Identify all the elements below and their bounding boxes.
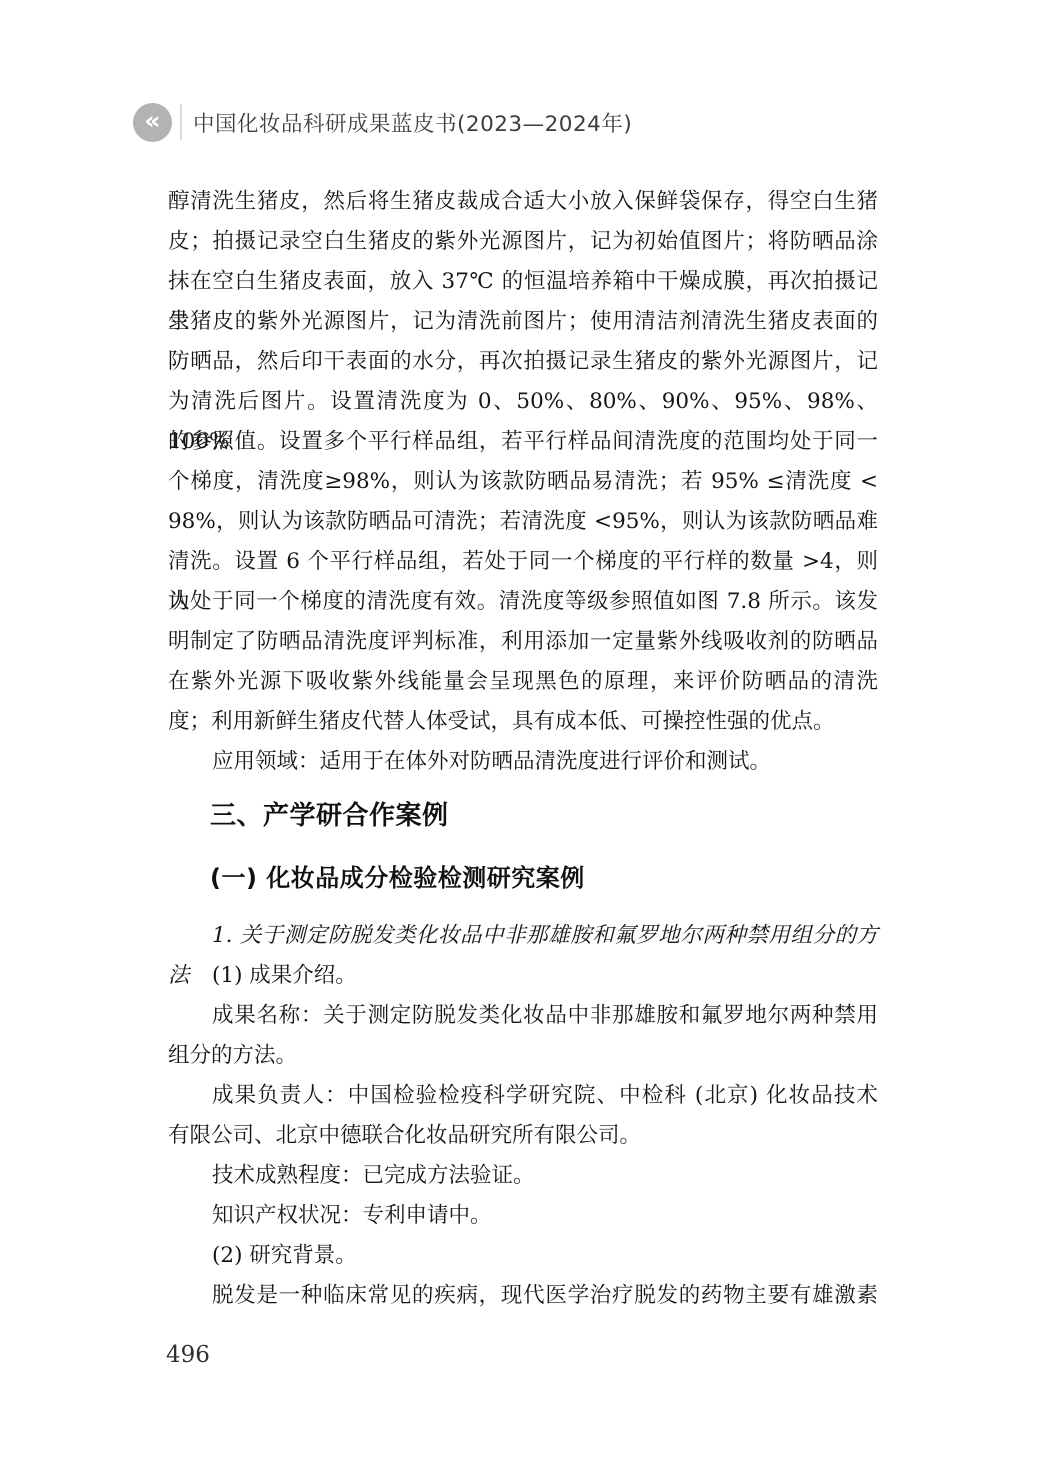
main-text: 醇清洗生猪皮，然后将生猪皮裁成合适大小放入保鲜袋保存，得空白生猪 皮；拍摄记录空… bbox=[168, 182, 878, 1316]
text-line: (2) 研究背景。 bbox=[168, 1236, 878, 1276]
text-line: 抹在空白生猪皮表面，放入 37℃ 的恒温培养箱中干燥成膜，再次拍摄记录 bbox=[168, 262, 878, 302]
text-line: 脱发是一种临床常见的疾病，现代医学治疗脱发的药物主要有雄激素 bbox=[168, 1276, 878, 1316]
text-line: 在紫外光源下吸收紫外线能量会呈现黑色的原理，来评价防晒品的清洗 bbox=[168, 662, 878, 702]
paragraph-sunscreen-method: 醇清洗生猪皮，然后将生猪皮裁成合适大小放入保鲜袋保存，得空白生猪 皮；拍摄记录空… bbox=[168, 182, 878, 742]
header-divider bbox=[180, 104, 182, 140]
text-line: 为清洗后图片。设置清洗度为 0、50%、80%、90%、95%、98%、100% bbox=[168, 382, 878, 422]
text-line: 成果负责人：中国检验检疫科学研究院、中检科 (北京) 化妆品技术 bbox=[168, 1076, 878, 1116]
text-line: 知识产权状况：专利申请中。 bbox=[168, 1196, 878, 1236]
section-heading: 三、产学研合作案例 bbox=[168, 796, 878, 836]
text-line: 明制定了防晒品清洗度评判标准，利用添加一定量紫外线吸收剂的防晒品 bbox=[168, 622, 878, 662]
page-container: « 中国化妆品科研成果蓝皮书(2023—2024年) 醇清洗生猪皮，然后将生猪皮… bbox=[0, 0, 1045, 1458]
text-line: 的参照值。设置多个平行样品组，若平行样品间清洗度的范围均处于同一 bbox=[168, 422, 878, 462]
page-number: 496 bbox=[166, 1342, 210, 1368]
text-line: (1) 成果介绍。 bbox=[168, 956, 878, 996]
text-line: 个梯度，清洗度≥98%，则认为该款防晒品易清洗；若 95% ≤清洗度 < bbox=[168, 462, 878, 502]
book-title: 中国化妆品科研成果蓝皮书(2023—2024年) bbox=[193, 107, 632, 138]
application-field-line: 应用领域：适用于在体外对防晒品清洗度进行评价和测试。 bbox=[168, 742, 878, 782]
text-line: 技术成熟程度：已完成方法验证。 bbox=[168, 1156, 878, 1196]
text-line: 清洗。设置 6 个平行样品组，若处于同一个梯度的平行样的数量 >4，则认 bbox=[168, 542, 878, 582]
text-line: 成果名称：关于测定防脱发类化妆品中非那雄胺和氟罗地尔两种禁用 bbox=[168, 996, 878, 1036]
text-line: 皮；拍摄记录空白生猪皮的紫外光源图片，记为初始值图片；将防晒品涂 bbox=[168, 222, 878, 262]
subsection-heading: (一) 化妆品成分检验检测研究案例 bbox=[168, 858, 878, 898]
text-line: 为处于同一个梯度的清洗度有效。清洗度等级参照值如图 7.8 所示。该发 bbox=[168, 582, 878, 622]
text-line: 醇清洗生猪皮，然后将生猪皮裁成合适大小放入保鲜袋保存，得空白生猪 bbox=[168, 182, 878, 222]
case-study-block: 1. 关于测定防脱发类化妆品中非那雄胺和氟罗地尔两种禁用组分的方法 (1) 成果… bbox=[168, 916, 878, 1316]
text-line: 98%，则认为该款防晒品可清洗；若清洗度 <95%，则认为该款防晒品难 bbox=[168, 502, 878, 542]
reader-header: « 中国化妆品科研成果蓝皮书(2023—2024年) bbox=[133, 101, 632, 143]
back-icon[interactable]: « bbox=[133, 103, 172, 142]
text-line: 生猪皮的紫外光源图片，记为清洗前图片；使用清洁剂清洗生猪皮表面的 bbox=[168, 302, 878, 342]
case-title-line: 1. 关于测定防脱发类化妆品中非那雄胺和氟罗地尔两种禁用组分的方法 bbox=[168, 916, 878, 956]
text-line: 组分的方法。 bbox=[168, 1036, 878, 1076]
text-line: 有限公司、北京中德联合化妆品研究所有限公司。 bbox=[168, 1116, 878, 1156]
text-line: 度；利用新鲜生猪皮代替人体受试，具有成本低、可操控性强的优点。 bbox=[168, 702, 878, 742]
text-line: 防晒品，然后印干表面的水分，再次拍摄记录生猪皮的紫外光源图片，记 bbox=[168, 342, 878, 382]
chevron-double-left-icon: « bbox=[144, 108, 160, 133]
